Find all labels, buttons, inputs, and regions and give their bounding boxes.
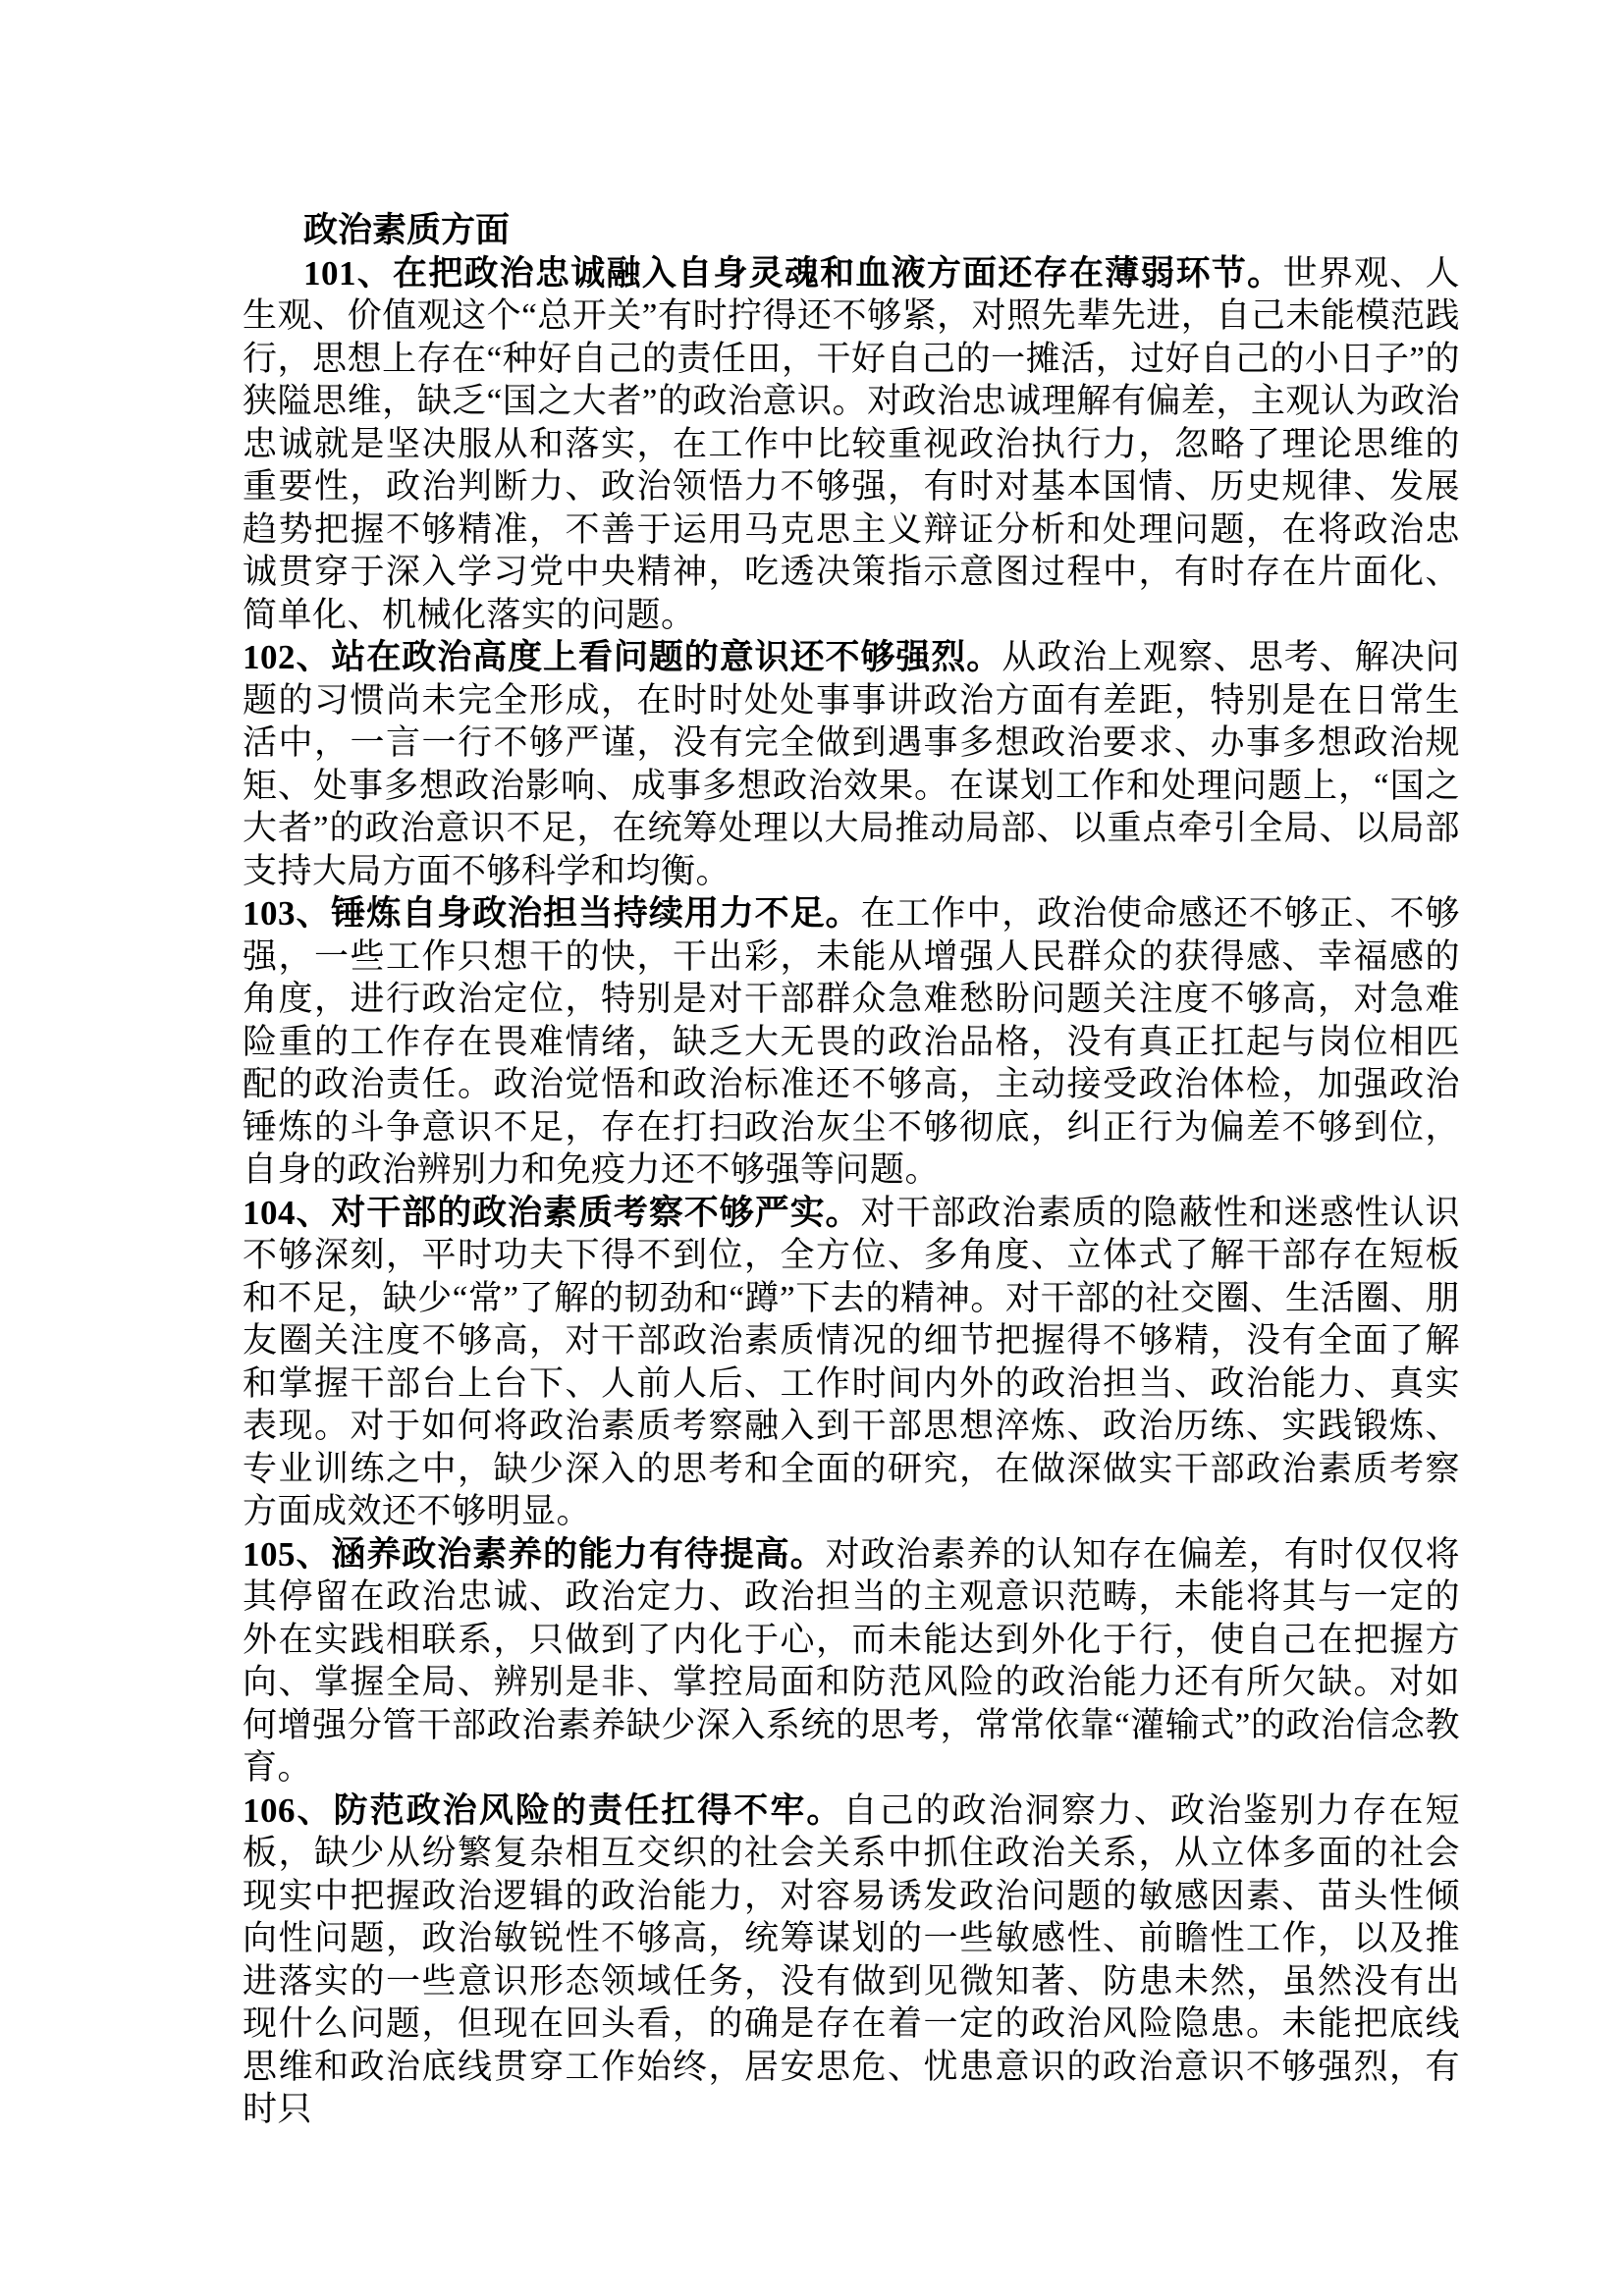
paragraph-102-lead: 102、站在政治高度上看问题的意识还不够强烈。: [243, 638, 1001, 676]
paragraph-106-body: 自己的政治洞察力、政治鉴别力存在短板，缺少从纷繁复杂相互交织的社会关系中抓住政治…: [243, 1791, 1460, 2129]
paragraph-101: 101、在把政治忠诚融入自身灵魂和血液方面还存在薄弱环节。世界观、人生观、价值观…: [243, 252, 1460, 637]
paragraph-104: 104、对干部的政治素质考察不够严实。对干部政治素质的隐蔽性和迷惑性认识不够深刻…: [243, 1192, 1460, 1533]
section-heading: 政治素质方面: [243, 209, 1460, 252]
paragraph-103-lead: 103、锤炼自身政治担当持续用力不足。: [243, 894, 860, 933]
paragraph-103-body: 在工作中，政治使命感还不够正、不够强，一些工作只想干的快，干出彩，未能从增强人民…: [243, 894, 1460, 1189]
paragraph-105: 105、涵养政治素养的能力有待提高。对政治素养的认知存在偏差，有时仅仅将其停留在…: [243, 1533, 1460, 1789]
document-page: 政治素质方面 101、在把政治忠诚融入自身灵魂和血液方面还存在薄弱环节。世界观、…: [0, 0, 1624, 2296]
paragraph-101-body: 世界观、人生观、价值观这个“总开关”有时拧得还不够紧，对照先辈先进，自己未能模范…: [243, 254, 1460, 634]
paragraph-101-lead: 101、在把政治忠诚融入自身灵魂和血液方面还存在薄弱环节。: [303, 254, 1282, 293]
paragraph-104-lead: 104、对干部的政治素质考察不够严实。: [243, 1194, 860, 1232]
paragraph-104-body: 对干部政治素质的隐蔽性和迷惑性认识不够深刻，平时功夫下得不到位，全方位、多角度、…: [243, 1194, 1460, 1531]
document-body: 政治素质方面 101、在把政治忠诚融入自身灵魂和血液方面还存在薄弱环节。世界观、…: [243, 209, 1460, 2131]
paragraph-103: 103、锤炼自身政治担当持续用力不足。在工作中，政治使命感还不够正、不够强，一些…: [243, 892, 1460, 1192]
paragraph-102: 102、站在政治高度上看问题的意识还不够强烈。从政治上观察、思考、解决问题的习惯…: [243, 636, 1460, 892]
paragraph-105-lead: 105、涵养政治素养的能力有待提高。: [243, 1535, 826, 1574]
paragraph-106-lead: 106、防范政治风险的责任扛得不牢。: [243, 1791, 843, 1830]
paragraph-106: 106、防范政治风险的责任扛得不牢。自己的政治洞察力、政治鉴别力存在短板，缺少从…: [243, 1789, 1460, 2131]
